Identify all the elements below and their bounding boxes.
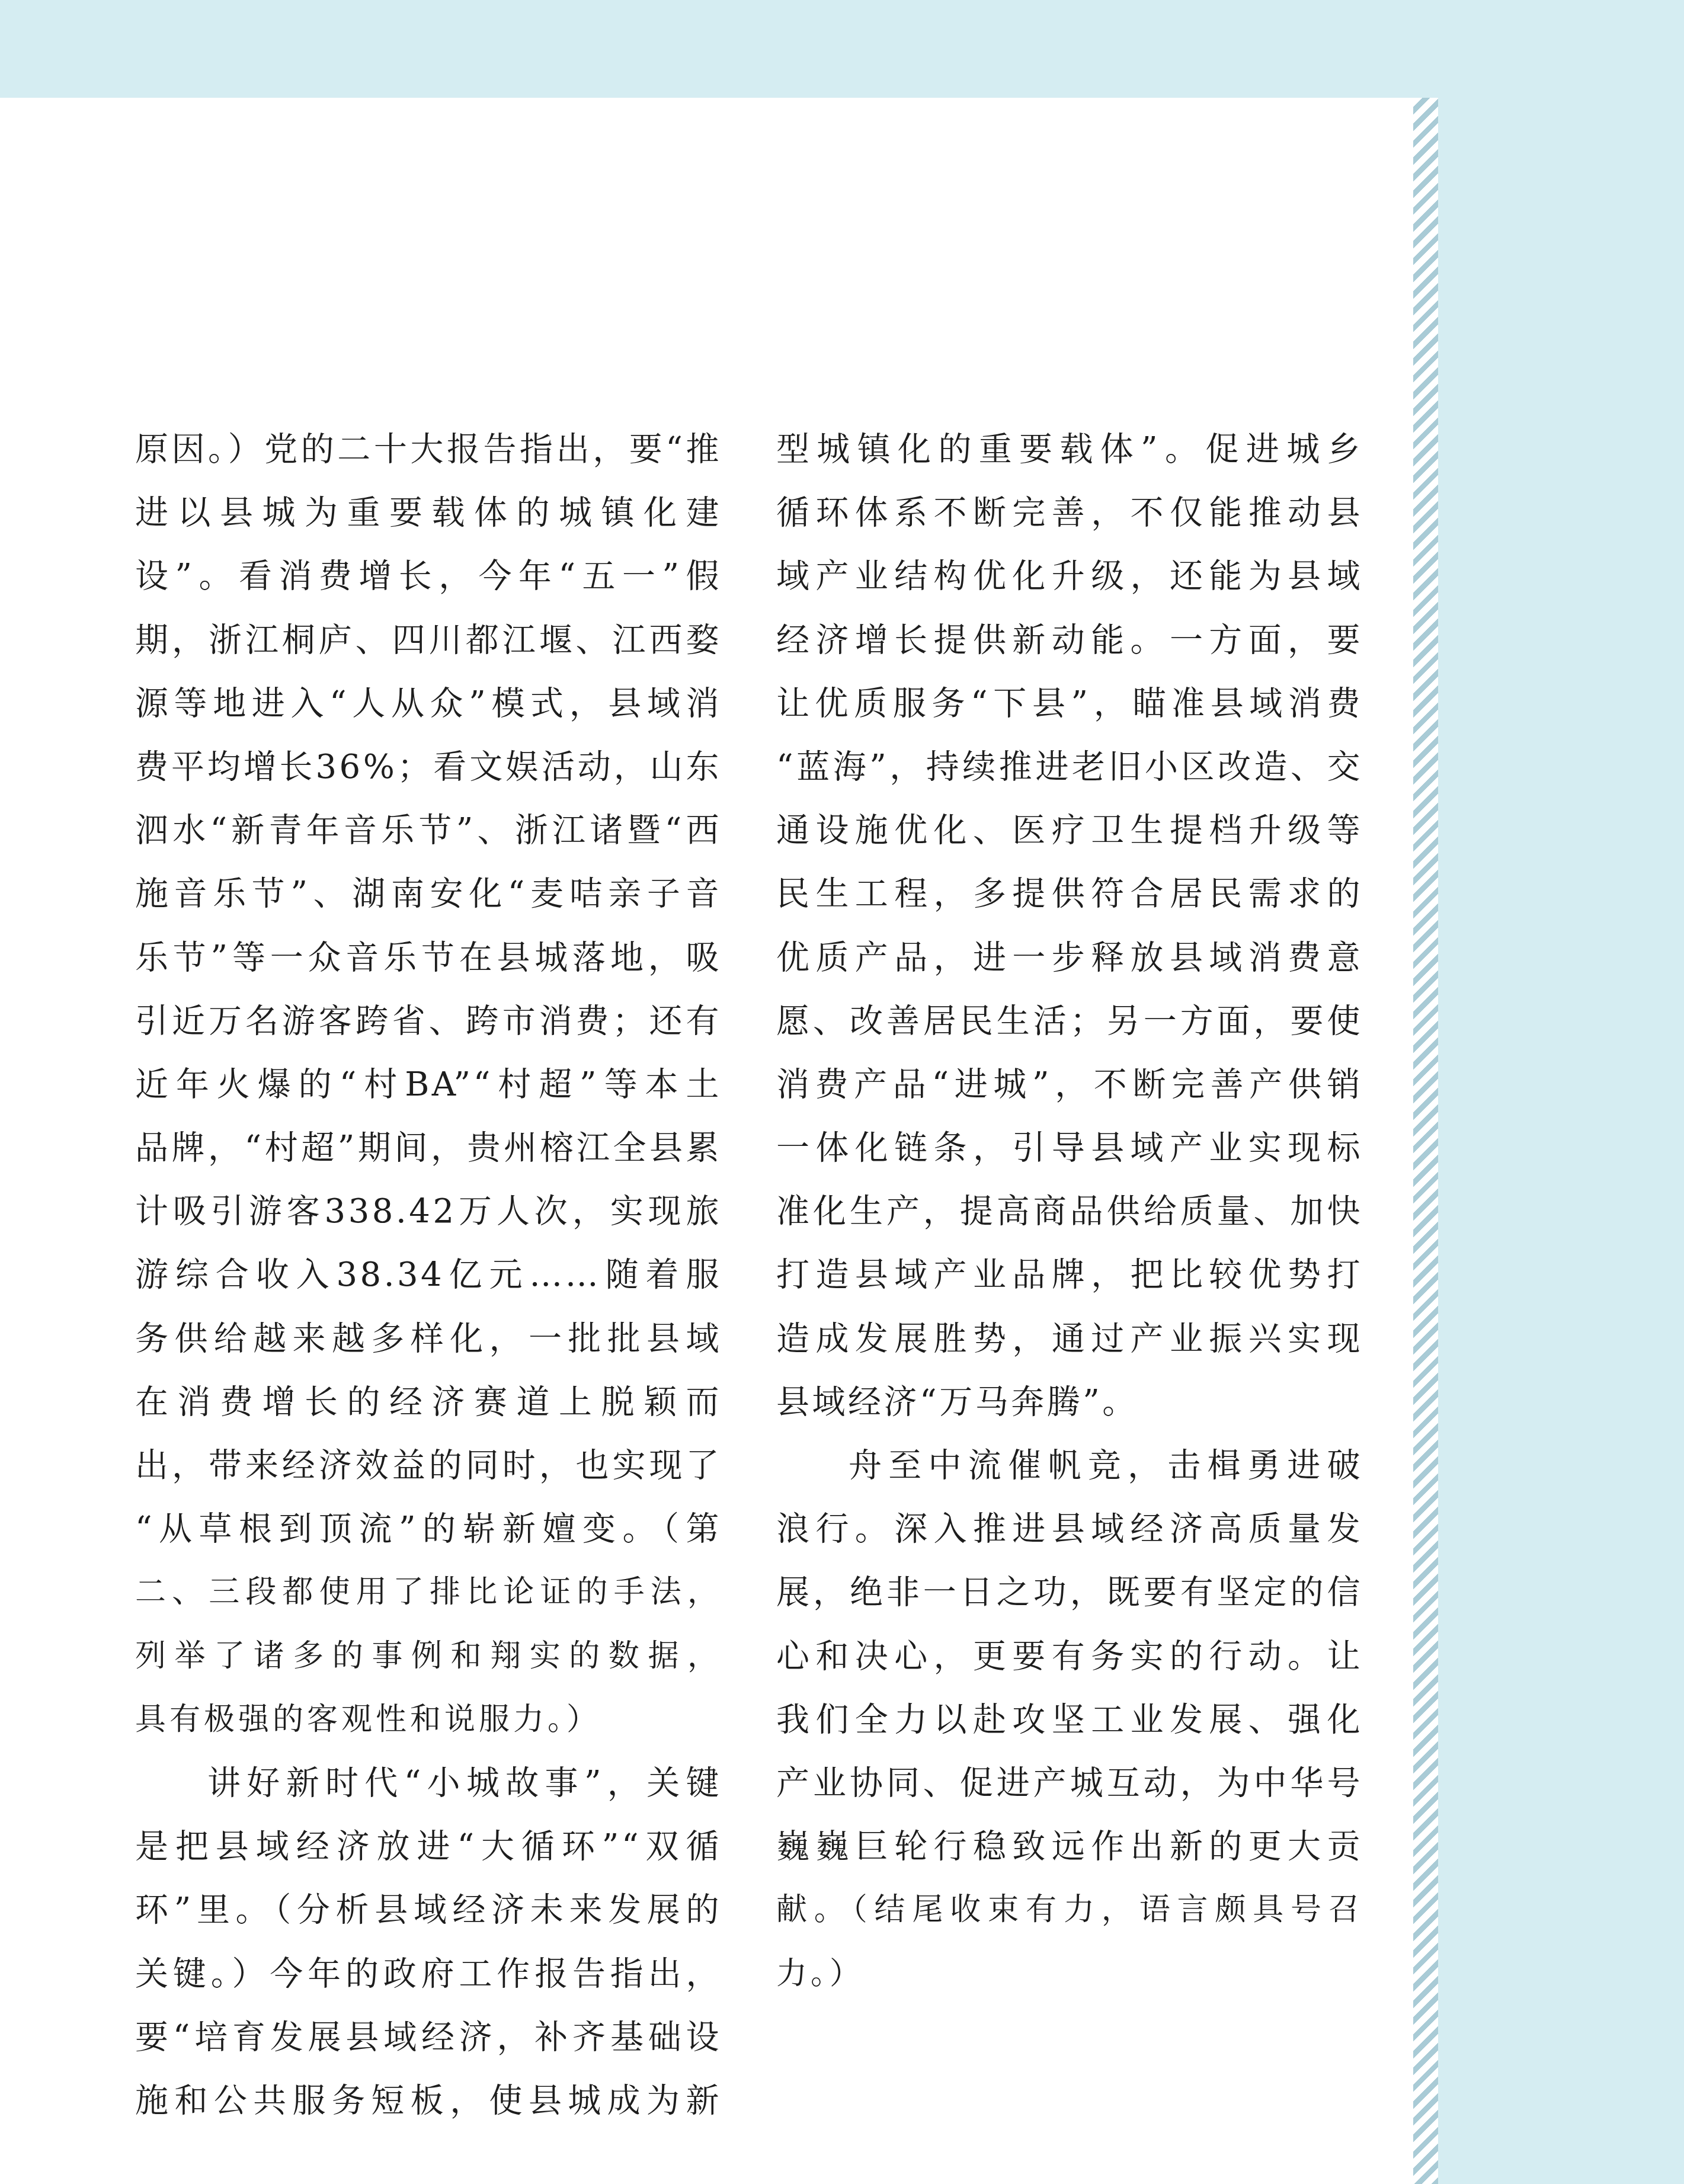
text-line: 要“培育发展县域经济，补齐基础设 — [135, 2006, 722, 2069]
text-line: 一体化链条，引导县域产业实现标 — [776, 1116, 1363, 1180]
text-line: 泗水“新青年音乐节”、浙江诸暨“西 — [135, 799, 722, 862]
text-line: 循环体系不断完善，不仅能推动县 — [776, 481, 1363, 545]
top-decorative-band — [0, 0, 1684, 98]
annotation-line: 列举了诸多的事例和翔实的数据， — [135, 1625, 722, 1688]
text-line: 域产业结构优化升级，还能为县域 — [776, 545, 1363, 608]
text-line: 施和公共服务短板，使县城成为新 — [135, 2069, 722, 2132]
text-line: 引近万名游客跨省、跨市消费；还有 — [135, 989, 722, 1053]
text-line: 民生工程，多提供符合居民需求的 — [776, 862, 1363, 926]
text-line: 环”里。（分析县域经济未来发展的 — [135, 1878, 722, 1942]
text-line: 展，绝非一日之功，既要有坚定的信 — [776, 1561, 1363, 1624]
text-line: 设”。看消费增长，今年“五一”假 — [135, 545, 722, 608]
text-line: 消费产品“进城”，不断完善产供销 — [776, 1053, 1363, 1116]
right-decorative-panel — [1438, 98, 1684, 2184]
paragraph-start-line: 讲好新时代“小城故事”，关键 — [135, 1751, 722, 1815]
text-line: 准化生产，提高商品供给质量、加快 — [776, 1180, 1363, 1243]
text-line: 型城镇化的重要载体”。促进城乡 — [776, 418, 1363, 481]
text-line: 让优质服务“下县”，瞄准县域消费 — [776, 672, 1363, 735]
text-line: 施音乐节”、湖南安化“麦咭亲子音 — [135, 862, 722, 926]
left-text-column: 原因。）党的二十大报告指出，要“推 进以县城为重要载体的城镇化建 设”。看消费增… — [135, 418, 722, 2132]
text-line: 打造县域产业品牌，把比较优势打 — [776, 1243, 1363, 1306]
text-line: 计吸引游客338.42万人次，实现旅 — [135, 1180, 722, 1243]
text-line: 原因。）党的二十大报告指出，要“推 — [135, 418, 722, 481]
text-line: 务供给越来越多样化，一批批县域 — [135, 1307, 722, 1370]
text-line: 近年火爆的“村BA”“村超”等本土 — [135, 1053, 722, 1116]
right-text-column: 型城镇化的重要载体”。促进城乡 循环体系不断完善，不仅能推动县 域产业结构优化升… — [776, 418, 1363, 2006]
text-line: 出，带来经济效益的同时，也实现了 — [135, 1434, 722, 1497]
text-line: 进以县城为重要载体的城镇化建 — [135, 481, 722, 545]
text-line: 费平均增长36%；看文娱活动，山东 — [135, 735, 722, 799]
annotation-line: 献。（结尾收束有力，语言颇具号召 — [776, 1878, 1363, 1942]
annotation-line: 二、三段都使用了排比论证的手法， — [135, 1561, 722, 1624]
text-line: 浪行。深入推进县域经济高质量发 — [776, 1497, 1363, 1561]
striped-page-edge — [1413, 98, 1438, 2184]
text-line: 愿、改善居民生活；另一方面，要使 — [776, 989, 1363, 1053]
text-line: 是把县域经济放进“大循环”“双循 — [135, 1815, 722, 1878]
text-line: 巍巍巨轮行稳致远作出新的更大贡 — [776, 1815, 1363, 1878]
text-line: 品牌，“村超”期间，贵州榕江全县累 — [135, 1116, 722, 1180]
text-line: 通设施优化、医疗卫生提档升级等 — [776, 799, 1363, 862]
text-line: 在消费增长的经济赛道上脱颖而 — [135, 1370, 722, 1434]
text-line: 造成发展胜势，通过产业振兴实现 — [776, 1307, 1363, 1370]
text-line: 心和决心，更要有务实的行动。让 — [776, 1625, 1363, 1688]
text-line: “蓝海”，持续推进老旧小区改造、交 — [776, 735, 1363, 799]
paragraph-start-line: 舟至中流催帆竞，击楫勇进破 — [776, 1434, 1363, 1497]
text-line: 关键。）今年的政府工作报告指出， — [135, 1942, 722, 2006]
text-line: 经济增长提供新动能。一方面，要 — [776, 609, 1363, 672]
text-line: 期，浙江桐庐、四川都江堰、江西婺 — [135, 609, 722, 672]
text-line: 我们全力以赴攻坚工业发展、强化 — [776, 1688, 1363, 1751]
text-line: 源等地进入“人从众”模式，县域消 — [135, 672, 722, 735]
text-line: 县域经济“万马奔腾”。 — [776, 1370, 1363, 1434]
text-line: 产业协同、促进产城互动，为中华号 — [776, 1751, 1363, 1815]
text-line: “从草根到顶流”的崭新嬗变。（第 — [135, 1497, 722, 1561]
text-line: 优质产品，进一步释放县域消费意 — [776, 926, 1363, 989]
annotation-line: 具有极强的客观性和说服力。） — [135, 1688, 722, 1751]
text-line: 游综合收入38.34亿元……随着服 — [135, 1243, 722, 1306]
annotation-line: 力。） — [776, 1942, 1363, 2006]
text-line: 乐节”等一众音乐节在县城落地，吸 — [135, 926, 722, 989]
